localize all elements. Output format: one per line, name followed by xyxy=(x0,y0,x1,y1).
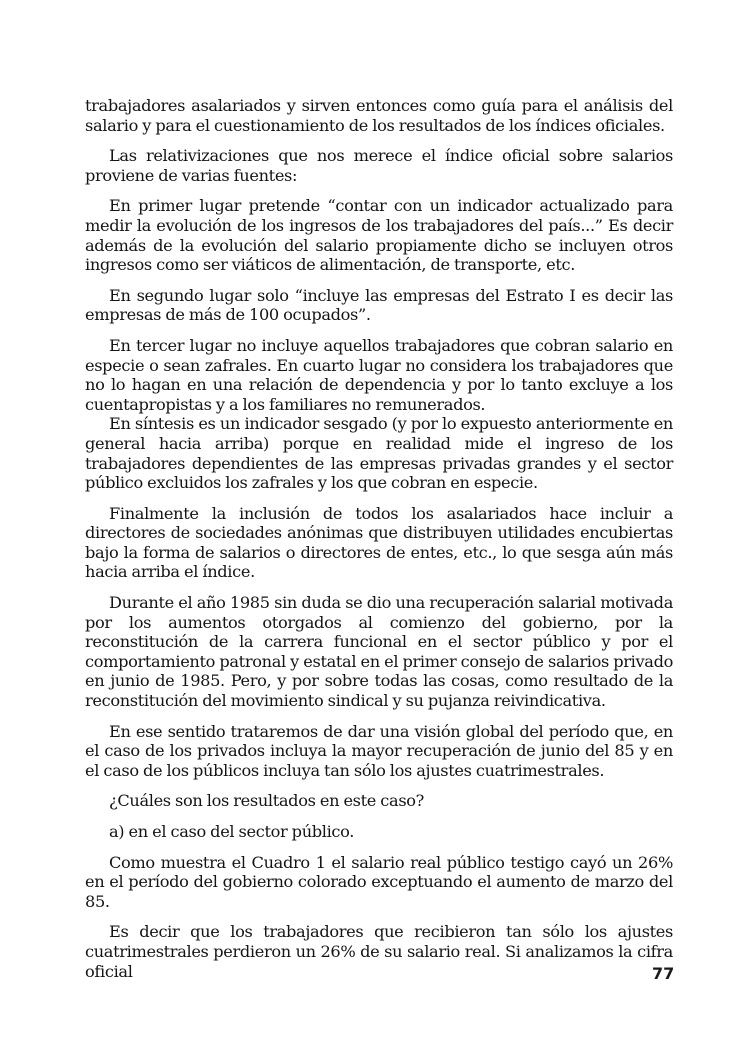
paragraph-primer-lugar: En primer lugar pretende “contar con un … xyxy=(85,196,673,274)
paragraph-sintesis: En síntesis es un indicador sesgado (y p… xyxy=(85,414,673,492)
paragraph-1985: Durante el año 1985 sin duda se dio una … xyxy=(85,593,673,711)
page-body: trabajadores asalariados y sirven entonc… xyxy=(85,96,673,981)
paragraph-cuadro-1: Como muestra el Cuadro 1 el salario real… xyxy=(85,853,673,912)
paragraph-sector-publico: a) en el caso del sector público. xyxy=(85,822,673,842)
paragraph-relativizaciones: Las relativizaciones que nos merece el í… xyxy=(85,146,673,185)
paragraph-segundo-lugar: En segundo lugar solo “incluye las empre… xyxy=(85,286,673,325)
page-number: 77 xyxy=(652,964,674,983)
paragraph-finalmente: Finalmente la inclusión de todos los asa… xyxy=(85,504,673,582)
paragraph-continuation: trabajadores asalariados y sirven entonc… xyxy=(85,96,673,135)
paragraph-question: ¿Cuáles son los resultados en este caso? xyxy=(85,791,673,811)
paragraph-tercer-lugar: En tercer lugar no incluye aquellos trab… xyxy=(85,336,673,414)
paragraph-vision-global: En ese sentido trataremos de dar una vis… xyxy=(85,722,673,781)
paragraph-es-decir: Es decir que los trabajadores que recibi… xyxy=(85,922,673,981)
